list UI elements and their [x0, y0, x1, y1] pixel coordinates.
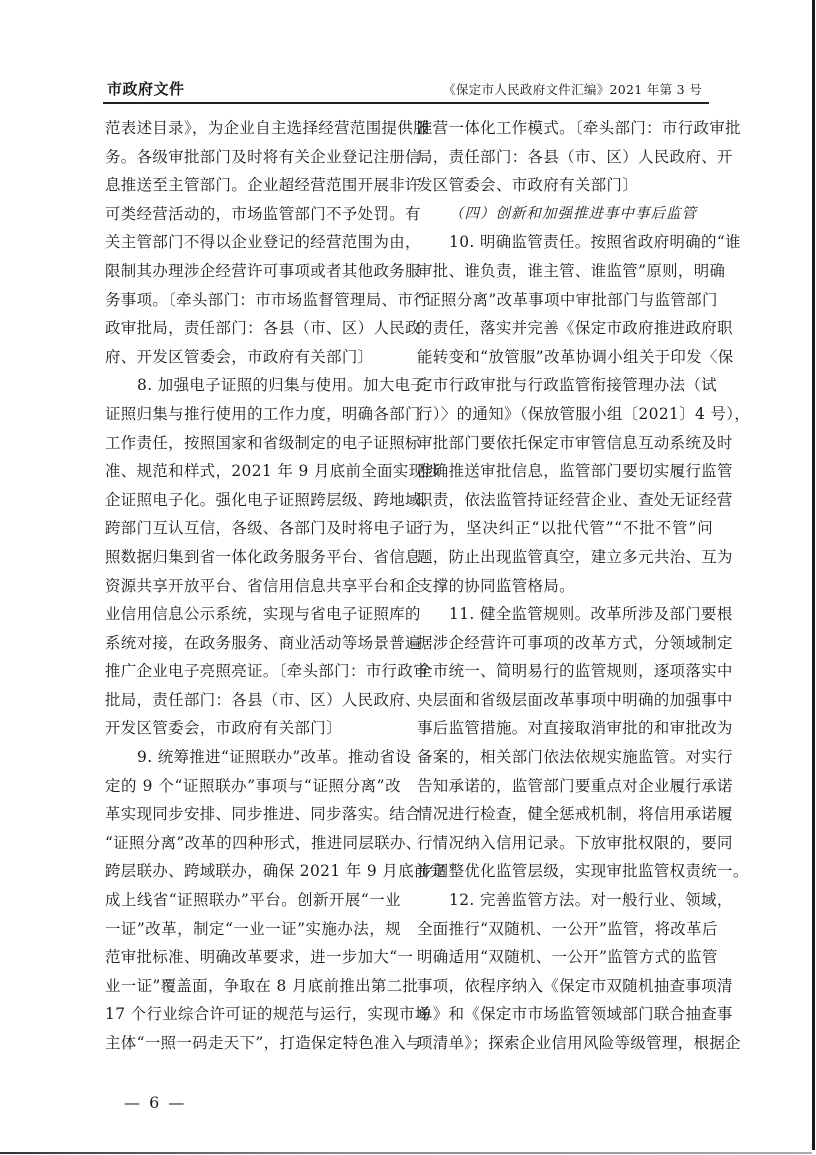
text-line: 备案的，相关部门依法依规实施监管。对实行	[417, 743, 713, 772]
item-12-heading-line: 12. 完善监管方法。对一般行业、领域，	[417, 886, 713, 915]
text-line: 企证照电子化。强化电子证照跨层级、跨地域、	[105, 486, 401, 515]
item-8-heading-line: 8. 加强电子证照的归集与使用。加大电子	[105, 371, 401, 400]
text-line: 17 个行业综合许可证的规范与运行，实现市场	[105, 1000, 401, 1029]
running-header: 市政府文件 《保定市人民政府文件汇编》2021 年第 3 号	[104, 78, 708, 100]
text-line: 资源共享开放平台、省信用信息共享平台和企	[105, 572, 401, 601]
text-line: 全面推行“双随机、一公开”监管，将改革后	[417, 915, 713, 944]
text-line: 央层面和省级层面改革事项中明确的加强事中	[417, 686, 713, 715]
text-line: 定的 9 个“证照联办”事项与“证照分离”改	[105, 772, 401, 801]
text-line: 事项，依程序纳入《保定市双随机抽查事项清	[417, 972, 713, 1001]
text-line: 情况进行检查，健全惩戒机制，将信用承诺履	[417, 800, 713, 829]
header-rule	[103, 102, 709, 104]
text-line: 务。各级审批部门及时将有关企业登记注册信	[105, 143, 401, 172]
text-line: 限制其办理涉企经营许可事项或者其他政务服	[105, 257, 401, 286]
text-line: 据涉企经营许可事项的改革方式，分领域制定	[417, 629, 713, 658]
item-11-heading-line: 11. 健全监管规则。改革所涉及部门要根	[417, 600, 713, 629]
text-line: 行情况纳入信用记录。下放审批权限的，要同	[417, 829, 713, 858]
text-line: 一证”改革，制定“一业一证”实施办法，规	[105, 915, 401, 944]
text-line: 成上线省“证照联办”平台。创新开展“一业	[105, 886, 401, 915]
text-line: 业信用信息公示系统，实现与省电子证照库的	[105, 600, 401, 629]
text-line: “证照分离”改革事项中审批部门与监管部门	[417, 286, 713, 315]
text-line: 局，责任部门：各县（市、区）人民政府、开	[417, 143, 713, 172]
text-line: 务事项。〔牵头部门：市市场监督管理局、市行	[105, 286, 401, 315]
text-line: 职责，依法监管持证经营企业、查处无证经营	[417, 486, 713, 515]
text-line: 推广企业电子亮照亮证。〔牵头部门：市行政审	[105, 657, 401, 686]
text-line: 关主管部门不得以企业登记的经营范围为由，	[105, 228, 401, 257]
scan-edge-right	[812, 0, 815, 1150]
page-number: — 6 —	[124, 1093, 186, 1112]
right-column: 准营一体化工作模式。〔牵头部门：市行政审批 局，责任部门：各县（市、区）人民政府…	[417, 114, 713, 1058]
text-line: 定市行政审批与行政监管衔接管理办法（试	[417, 371, 713, 400]
text-line: 全市统一、简明易行的监管规则，逐项落实中	[417, 657, 713, 686]
header-publication-title: 《保定市人民政府文件汇编》2021 年第 3 号	[443, 80, 702, 98]
text-line: 明确适用“双随机、一公开”监管方式的监管	[417, 943, 713, 972]
text-line: 项清单》；探索企业信用风险等级管理，根据企	[417, 1029, 713, 1058]
text-line: 革实现同步安排、同步推进、同步落实。结合	[105, 800, 401, 829]
text-line: 照数据归集到省一体化政务服务平台、省信息	[105, 543, 401, 572]
text-line: 行）〉的通知》（保放管服小组〔2021〕4 号），	[417, 400, 713, 429]
text-line: 准、规范和样式，2021 年 9 月底前全面实现涉	[105, 457, 401, 486]
scan-edge-bottom	[0, 1152, 812, 1154]
text-line: 证照归集与推行使用的工作力度，明确各部门	[105, 400, 401, 429]
left-column: 范表述目录》，为企业自主选择经营范围提供服 务。各级审批部门及时将有关企业登记注…	[105, 114, 401, 1058]
text-line: 审批部门要依托保定市审管信息互动系统及时	[417, 429, 713, 458]
text-line: 范审批标准、明确改革要求，进一步加大“一	[105, 943, 401, 972]
text-line: 息推送至主管部门。企业超经营范围开展非许	[105, 171, 401, 200]
text-line: 跨层联办、跨域联办，确保 2021 年 9 月底前完	[105, 857, 401, 886]
text-line: 主体“一照一码走天下”，打造保定特色准入与	[105, 1029, 401, 1058]
text-line: 能转变和“放管服”改革协调小组关于印发〈保	[417, 343, 713, 372]
text-line: 可类经营活动的，市场监管部门不予处罚。有	[105, 200, 401, 229]
text-line: 单》和《保定市市场监管领域部门联合抽查事	[417, 1000, 713, 1029]
text-line: 准营一体化工作模式。〔牵头部门：市行政审批	[417, 114, 713, 143]
text-line: 步调整优化监管层级，实现审批监管权责统一。	[417, 857, 713, 886]
text-line: 准确推送审批信息，监管部门要切实履行监管	[417, 457, 713, 486]
text-line: 府、开发区管委会，市政府有关部门〕	[105, 343, 401, 372]
text-line: 批局，责任部门：各县（市、区）人民政府、	[105, 686, 401, 715]
text-line: 行为，坚决纠正“以批代管”“不批不管”问	[417, 514, 713, 543]
header-section-title: 市政府文件	[107, 78, 185, 99]
text-line: 发区管委会、市政府有关部门〕	[417, 171, 713, 200]
text-line: 工作责任，按照国家和省级制定的电子证照标	[105, 429, 401, 458]
text-line: 告知承诺的，监管部门要重点对企业履行承诺	[417, 772, 713, 801]
section-heading: （四）创新和加强推进事中事后监管	[417, 200, 713, 229]
text-line: 开发区管委会，市政府有关部门〕	[105, 714, 401, 743]
text-line: “证照分离”改革的四种形式，推进同层联办、	[105, 829, 401, 858]
text-line: 支撑的协同监管格局。	[417, 572, 713, 601]
item-10-heading-line: 10. 明确监管责任。按照省政府明确的“谁	[417, 228, 713, 257]
text-line: 事后监管措施。对直接取消审批的和审批改为	[417, 714, 713, 743]
text-line: 的责任，落实并完善《保定市政府推进政府职	[417, 314, 713, 343]
text-line: 跨部门互认互信，各级、各部门及时将电子证	[105, 514, 401, 543]
text-line: 审批、谁负责，谁主管、谁监管”原则，明确	[417, 257, 713, 286]
text-line: 系统对接，在政务服务、商业活动等场景普遍	[105, 629, 401, 658]
text-line: 范表述目录》，为企业自主选择经营范围提供服	[105, 114, 401, 143]
text-line: 业一证”覆盖面，争取在 8 月底前推出第二批	[105, 972, 401, 1001]
item-9-heading-line: 9. 统筹推进“证照联办”改革。推动省设	[105, 743, 401, 772]
text-line: 题，防止出现监管真空，建立多元共治、互为	[417, 543, 713, 572]
text-line: 政审批局，责任部门：各县（市、区）人民政	[105, 314, 401, 343]
